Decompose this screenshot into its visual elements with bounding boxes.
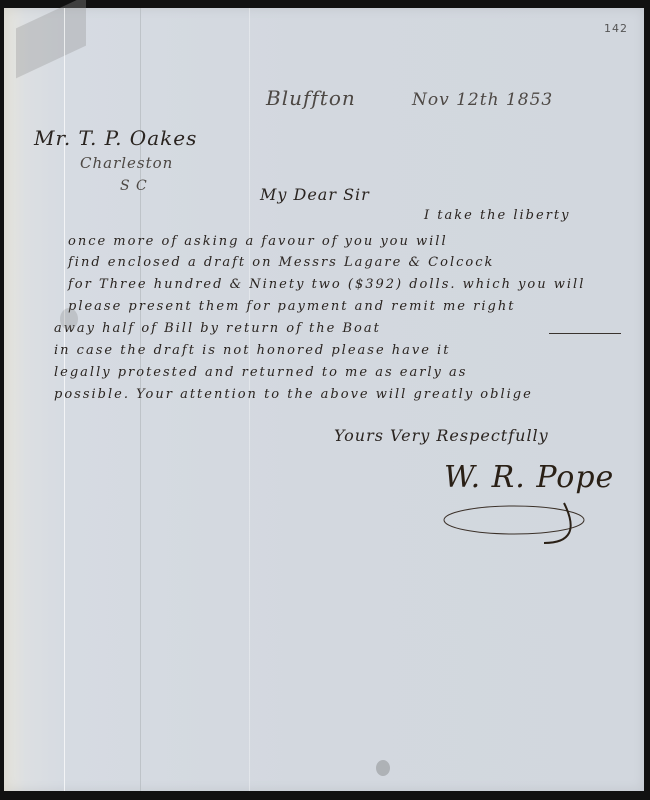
heading-date: Nov 12th 1853: [412, 90, 553, 110]
body-line: please present them for payment and remi…: [68, 299, 515, 314]
paper-stain: [60, 308, 78, 330]
body-line: I take the liberty: [424, 208, 570, 223]
address-city: Charleston: [80, 154, 173, 172]
body-line: for Three hundred & Ninety two ($392) do…: [68, 277, 585, 292]
letter-page: 142 Bluffton Nov 12th 1853 Mr. T. P. Oak…: [4, 8, 644, 791]
folio-number: 142: [604, 22, 628, 35]
signature-flourish: [434, 498, 634, 548]
line-filler-rule: [549, 333, 621, 334]
body-line: possible. Your attention to the above wi…: [54, 387, 533, 402]
closing: Yours Very Respectfully: [334, 426, 549, 445]
body-line: in case the draft is not honored please …: [54, 343, 450, 358]
address-state: S C: [120, 178, 148, 194]
body-line: find enclosed a draft on Messrs Lagare &…: [68, 255, 494, 270]
signature: W. R. Pope: [444, 460, 614, 495]
paper-stain: [376, 760, 390, 776]
heading-place: Bluffton: [266, 86, 356, 110]
body-line: away half of Bill by return of the Boat: [54, 321, 381, 336]
body-line: once more of asking a favour of you you …: [68, 234, 448, 249]
salutation: My Dear Sir: [260, 185, 370, 204]
body-line: legally protested and returned to me as …: [54, 365, 467, 380]
address-name: Mr. T. P. Oakes: [34, 126, 197, 150]
